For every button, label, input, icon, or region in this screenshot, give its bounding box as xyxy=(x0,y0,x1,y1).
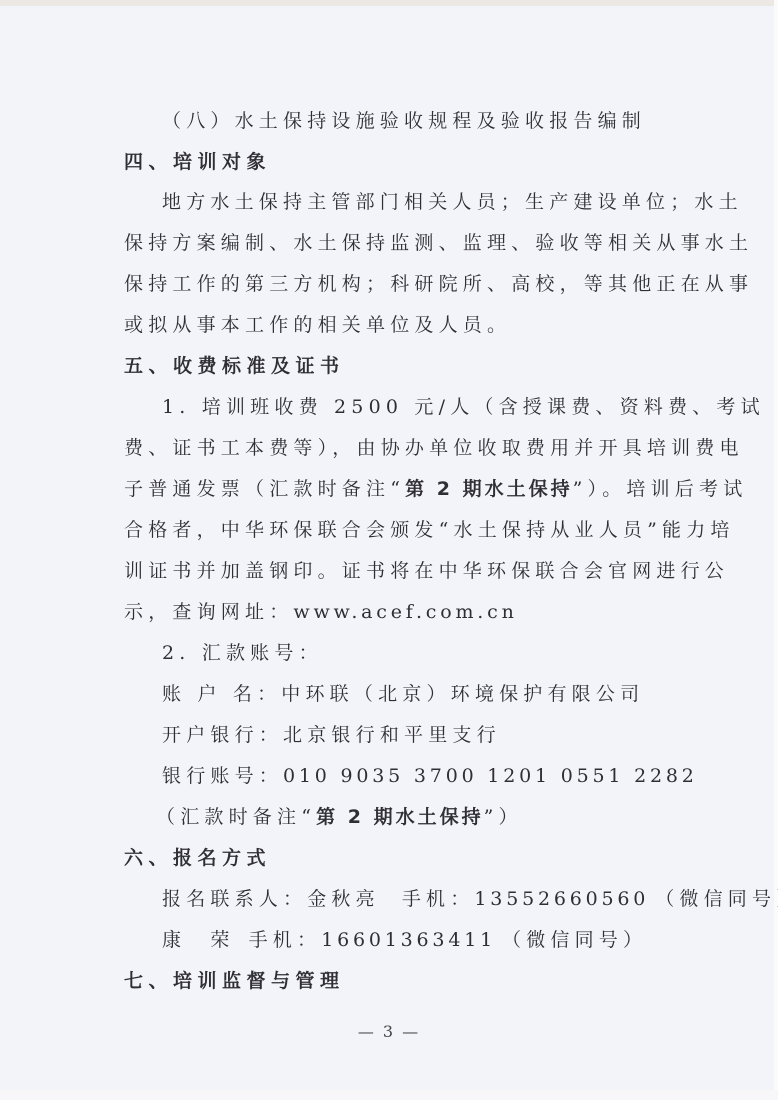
contact-name: 金秋亮 xyxy=(307,888,380,910)
section-heading-fees-certificate: 五、收费标准及证书 xyxy=(124,354,345,378)
remittance-note-bold: 第 2 期水土保持 xyxy=(316,806,483,828)
text-segment: ”） xyxy=(484,806,523,828)
remittance-note-bold: 第 2 期水土保持 xyxy=(405,478,572,500)
paragraph-line: 1. 培训班收费 2500 元/人（含授课费、资料费、考试 xyxy=(162,395,765,419)
paragraph-line: 示，查询网址：www.acef.com.cn xyxy=(124,600,518,624)
account-name-value: 中环联（北京）环境保护有限公司 xyxy=(281,683,644,705)
account-number-value: 010 9035 3700 1201 0551 2282 xyxy=(283,765,698,787)
bank-row: 开户银行：北京银行和平里支行 xyxy=(162,723,501,747)
text-segment: 示，查询网址： xyxy=(124,601,293,623)
text-segment: ”）。培训后考试 xyxy=(573,478,748,500)
page-number: — 3 — xyxy=(0,1022,778,1041)
paragraph-line: 合格者，中华环保联合会颁发“水土保持从业人员”能力培 xyxy=(124,518,735,542)
contact-row-1: 报名联系人：金秋亮手机：13552660560（微信同号） xyxy=(162,887,778,911)
phone-number: 16601363411 xyxy=(321,929,496,951)
bank-value: 北京银行和平里支行 xyxy=(283,724,501,746)
bank-label: 开户银行： xyxy=(162,724,283,746)
wechat-note: （微信同号） xyxy=(655,888,778,910)
paragraph-line: 保持方案编制、水土保持监测、监理、验收等相关从事水土 xyxy=(124,231,753,255)
paragraph-line: 或拟从事本工作的相关单位及人员。 xyxy=(124,313,511,337)
contact-name: 康 荣 xyxy=(162,929,235,951)
contact-row-2: 康 荣手机：16601363411（微信同号） xyxy=(162,928,647,952)
paragraph-line: 地方水土保持主管部门相关人员；生产建设单位；水土 xyxy=(162,190,743,214)
contact-label: 报名联系人： xyxy=(162,888,307,910)
phone-label: 手机： xyxy=(402,888,475,910)
section-heading-training-targets: 四、培训对象 xyxy=(124,150,271,174)
text-segment: 子普通发票（汇款时备注“ xyxy=(124,478,405,500)
list-item-8: （八）水土保持设施验收规程及验收报告编制 xyxy=(162,109,646,133)
account-name-row: 账 户 名：中环联（北京）环境保护有限公司 xyxy=(162,682,644,706)
website-url: www.acef.com.cn xyxy=(293,601,517,623)
account-name-label: 账 户 名： xyxy=(162,683,281,705)
phone-number: 13552660560 xyxy=(474,888,649,910)
section-heading-supervision: 七、培训监督与管理 xyxy=(124,969,345,993)
text-segment: （汇款时备注“ xyxy=(156,806,316,828)
paragraph-line: 子普通发票（汇款时备注“第 2 期水土保持”）。培训后考试 xyxy=(124,477,747,501)
paragraph-line: 训证书并加盖钢印。证书将在中华环保联合会官网进行公 xyxy=(124,559,729,583)
subsection-heading-account: 2. 汇款账号： xyxy=(162,641,323,665)
phone-label: 手机： xyxy=(249,929,322,951)
paragraph-line: 费、证书工本费等），由协办单位收取费用并开具培训费电 xyxy=(124,436,744,460)
document-page: （八）水土保持设施验收规程及验收报告编制 四、培训对象 地方水土保持主管部门相关… xyxy=(0,0,778,1100)
account-number-row: 银行账号：010 9035 3700 1201 0551 2282 xyxy=(162,764,698,788)
section-heading-registration: 六、报名方式 xyxy=(124,846,271,870)
wechat-note: （微信同号） xyxy=(502,929,647,951)
paragraph-line: 保持工作的第三方机构；科研院所、高校，等其他正在从事 xyxy=(124,272,753,296)
account-number-label: 银行账号： xyxy=(162,765,283,787)
remittance-note-row: （汇款时备注“第 2 期水土保持”） xyxy=(156,805,523,829)
